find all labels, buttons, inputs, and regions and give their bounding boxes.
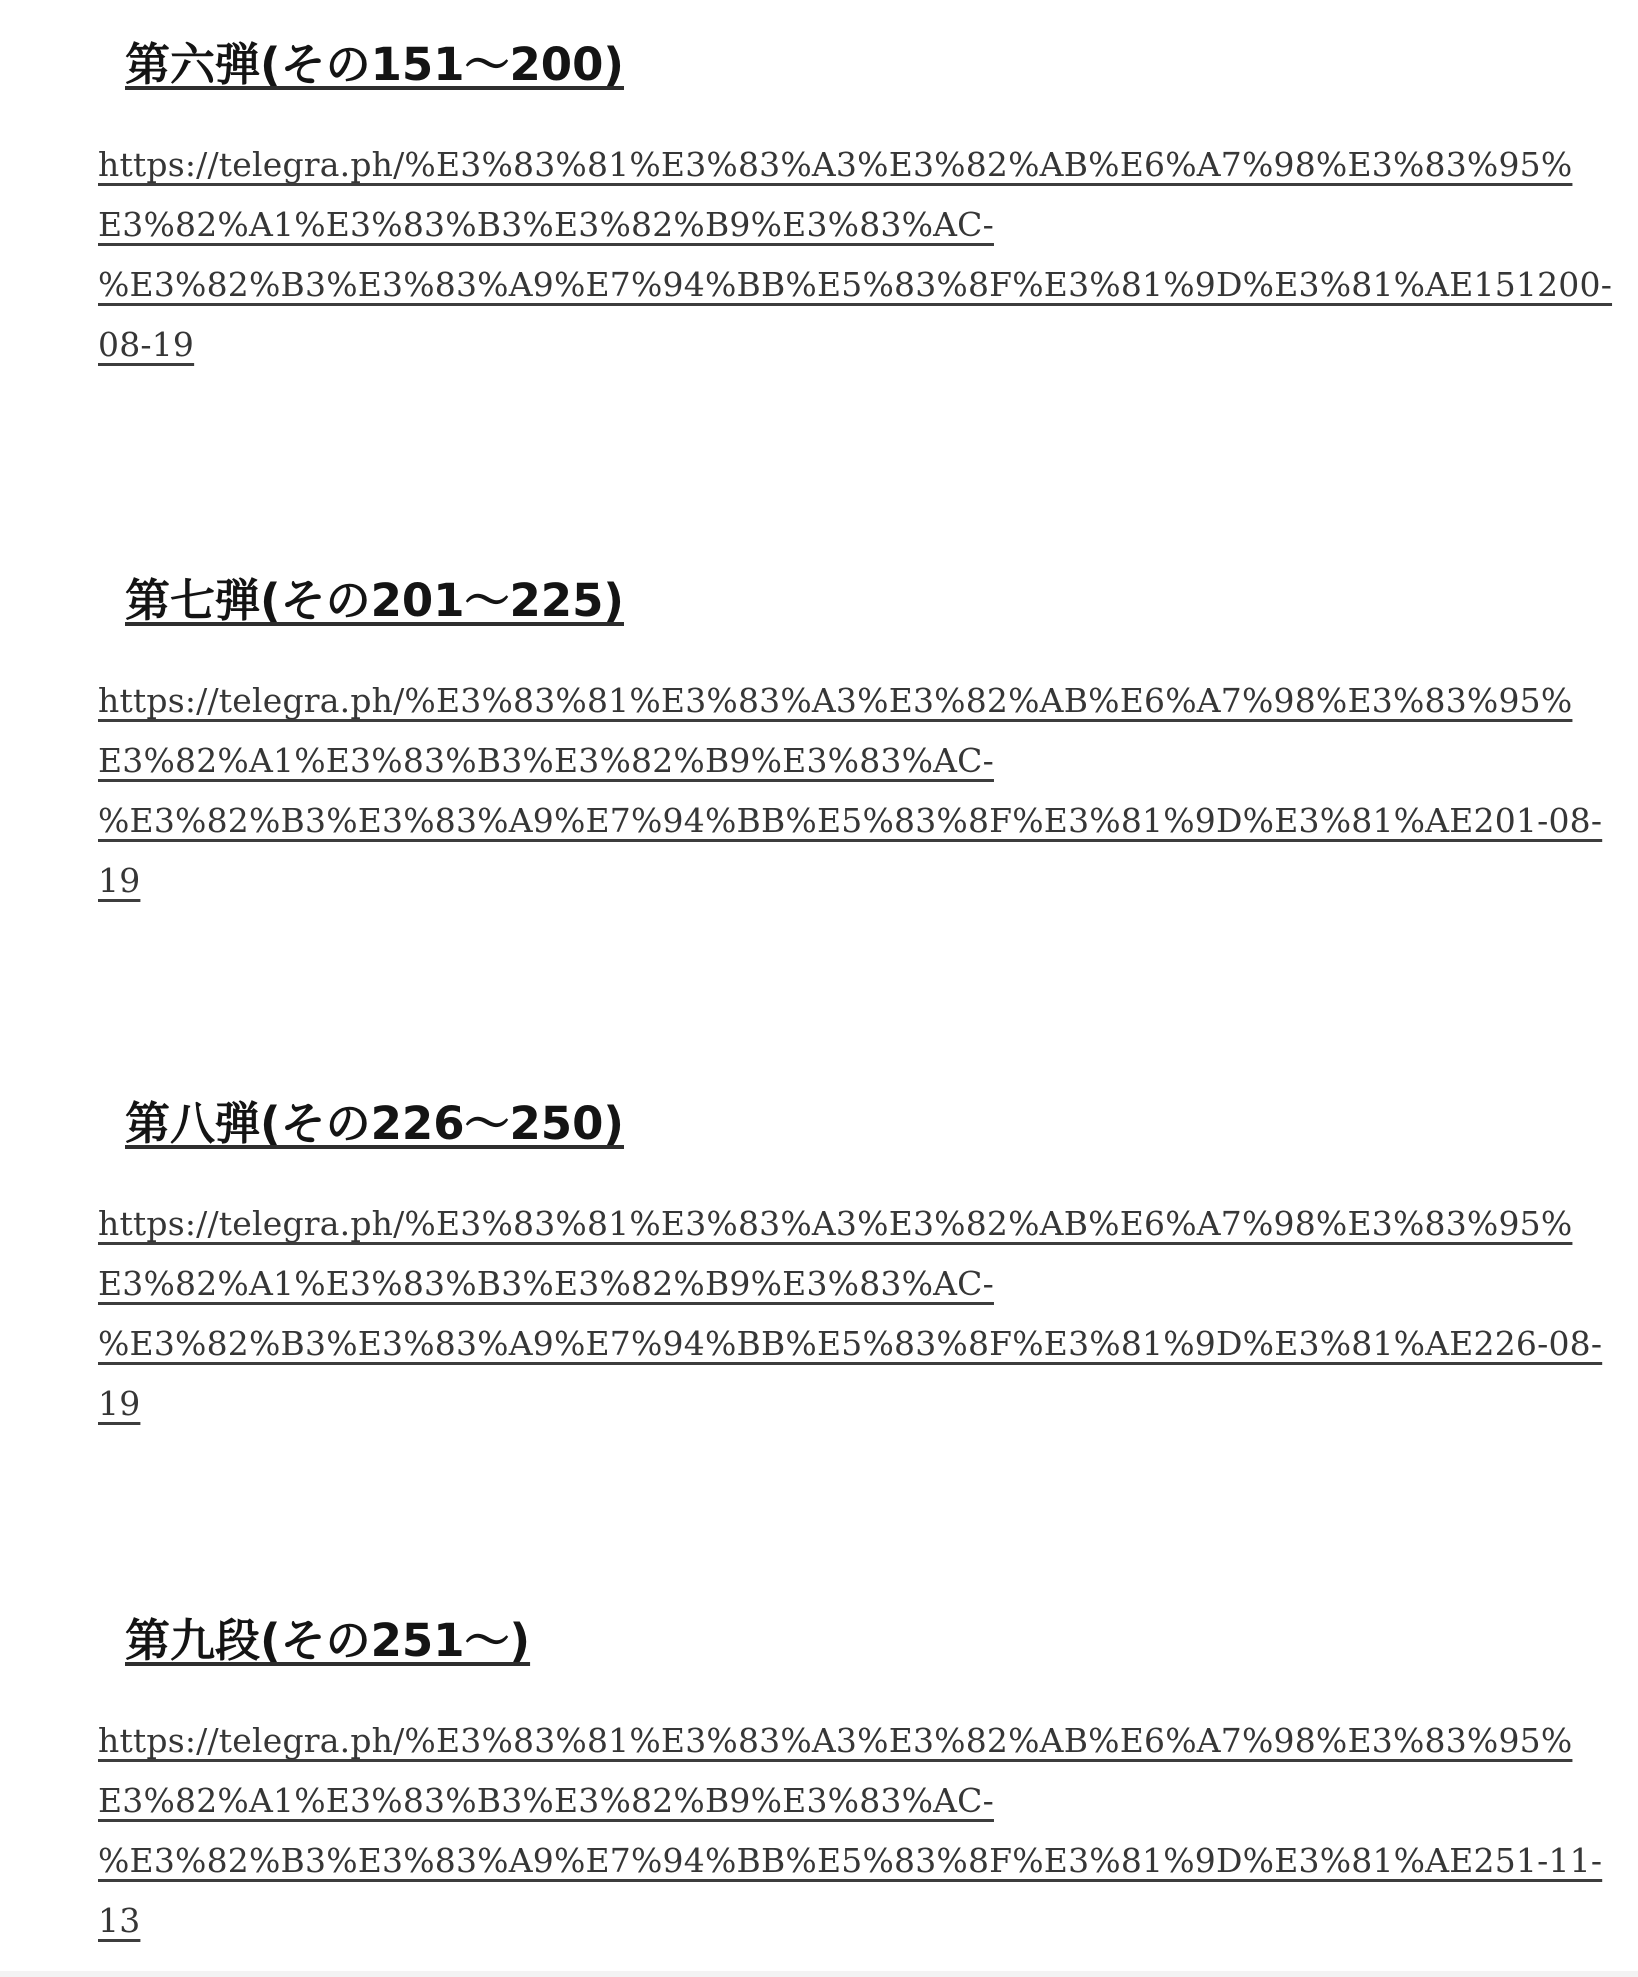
telegraph-url-link[interactable]: https://telegra.ph/%E3%83%81%E3%83%A3%E3… — [98, 135, 1498, 375]
article-page: 第六弾(その151〜200) https://telegra.ph/%E3%83… — [0, 0, 1638, 1951]
url-line-3[interactable]: %E3%82%B3%E3%83%A9%E7%94%BB%E5%83%8F%E3%… — [98, 1314, 1602, 1374]
url-line-4[interactable]: 19 — [98, 851, 140, 911]
section-heading: 第六弾(その151〜200) — [125, 34, 1498, 96]
url-line-4[interactable]: 08-19 — [98, 315, 194, 375]
section-heading: 第七弾(その201〜225) — [125, 570, 1498, 632]
url-line-1[interactable]: https://telegra.ph/%E3%83%81%E3%83%A3%E3… — [98, 1711, 1572, 1771]
footer-band — [0, 1971, 1638, 1977]
url-line-2[interactable]: E3%82%A1%E3%83%B3%E3%82%B9%E3%83%AC- — [98, 1771, 994, 1831]
section-url: https://telegra.ph/%E3%83%81%E3%83%A3%E3… — [98, 1711, 1498, 1951]
section-url: https://telegra.ph/%E3%83%81%E3%83%A3%E3… — [98, 671, 1498, 911]
url-line-2[interactable]: E3%82%A1%E3%83%B3%E3%82%B9%E3%83%AC- — [98, 195, 994, 255]
section-url: https://telegra.ph/%E3%83%81%E3%83%A3%E3… — [98, 135, 1498, 375]
section-heading-link[interactable]: 第八弾(その226〜250) — [125, 1097, 624, 1150]
url-line-3[interactable]: %E3%82%B3%E3%83%A9%E7%94%BB%E5%83%8F%E3%… — [98, 255, 1612, 315]
section-heading-link[interactable]: 第九段(その251〜) — [125, 1614, 530, 1667]
url-line-2[interactable]: E3%82%A1%E3%83%B3%E3%82%B9%E3%83%AC- — [98, 1254, 994, 1314]
section-dai-6: 第六弾(その151〜200) https://telegra.ph/%E3%83… — [98, 34, 1498, 375]
section-dai-9: 第九段(その251〜) https://telegra.ph/%E3%83%81… — [98, 1610, 1498, 1951]
url-line-4[interactable]: 19 — [98, 1374, 140, 1434]
url-line-4[interactable]: 13 — [98, 1891, 140, 1951]
section-heading-link[interactable]: 第六弾(その151〜200) — [125, 38, 624, 91]
url-line-1[interactable]: https://telegra.ph/%E3%83%81%E3%83%A3%E3… — [98, 135, 1572, 195]
telegraph-url-link[interactable]: https://telegra.ph/%E3%83%81%E3%83%A3%E3… — [98, 1711, 1498, 1951]
telegraph-url-link[interactable]: https://telegra.ph/%E3%83%81%E3%83%A3%E3… — [98, 671, 1498, 911]
url-line-1[interactable]: https://telegra.ph/%E3%83%81%E3%83%A3%E3… — [98, 671, 1572, 731]
section-dai-8: 第八弾(その226〜250) https://telegra.ph/%E3%83… — [98, 1093, 1498, 1434]
url-line-3[interactable]: %E3%82%B3%E3%83%A9%E7%94%BB%E5%83%8F%E3%… — [98, 791, 1602, 851]
section-url: https://telegra.ph/%E3%83%81%E3%83%A3%E3… — [98, 1194, 1498, 1434]
section-heading: 第八弾(その226〜250) — [125, 1093, 1498, 1155]
section-heading-link[interactable]: 第七弾(その201〜225) — [125, 574, 624, 627]
section-heading: 第九段(その251〜) — [125, 1610, 1498, 1672]
telegraph-url-link[interactable]: https://telegra.ph/%E3%83%81%E3%83%A3%E3… — [98, 1194, 1498, 1434]
url-line-3[interactable]: %E3%82%B3%E3%83%A9%E7%94%BB%E5%83%8F%E3%… — [98, 1831, 1602, 1891]
section-dai-7: 第七弾(その201〜225) https://telegra.ph/%E3%83… — [98, 570, 1498, 911]
url-line-2[interactable]: E3%82%A1%E3%83%B3%E3%82%B9%E3%83%AC- — [98, 731, 994, 791]
url-line-1[interactable]: https://telegra.ph/%E3%83%81%E3%83%A3%E3… — [98, 1194, 1572, 1254]
